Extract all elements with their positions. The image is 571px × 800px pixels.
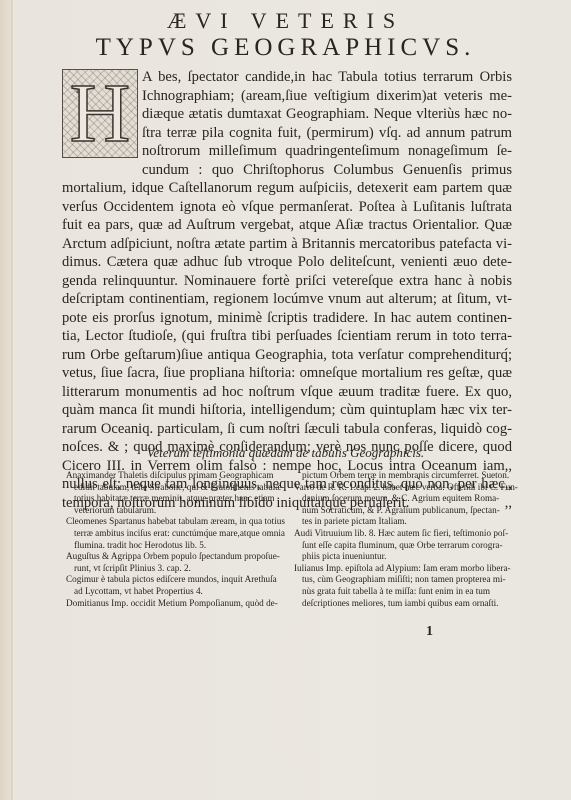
body-line: tia, Lector ſtudioſe, (qui fruſtra tibi … [62, 327, 512, 346]
testimonia-right-column: pictum Orbem terræ in membranis circumfe… [294, 470, 520, 609]
body-line: fuit ea pars, quæ ad Auſtrum vergebat, a… [62, 216, 512, 235]
body-line: ſtra terræ pila cognita fuit, (permirum)… [62, 124, 512, 143]
testimonia-left-column: Anaximander Thaletis diſcipulus primam G… [66, 470, 288, 609]
body-line: vetus, ſiue ſacra, ſiue propliana hiſtor… [62, 364, 512, 383]
body-line: A bes, ſpectator candide,in hac Tabula t… [62, 68, 512, 87]
entry-line: Domitianus Imp. occidit Metium Pompoſian… [66, 598, 288, 610]
body-line: litterarum monumentis ad hoc noſtrum vſq… [62, 383, 512, 402]
testimonium-entry: Auguſtus & Agrippa Orbem populo ſpectand… [66, 551, 288, 574]
testimonium-entry: Anaximander Thaletis diſcipulus primam G… [66, 470, 288, 516]
entry-line: totius habitatæ terræ meminit, atque præ… [66, 493, 288, 505]
body-line: dimus. Cætera quæ adhuc ſub vtroque Polo… [62, 253, 512, 272]
entry-line: danium ſocerum meum, & C. Agrium equitem… [294, 493, 520, 505]
entry-line: runt, vt ſcripſit Plinius 3. cap. 2. [66, 563, 288, 575]
entry-line: phiis picta inueniuntur. [294, 551, 520, 563]
body-line: deſcriptam continentiam, regionem locúmv… [62, 290, 512, 309]
entry-line: Anaximander Thaletis diſcipulus primam G… [66, 470, 288, 482]
testimonium-entry: Iulianus Imp. epiſtola ad Alypium: Iam e… [294, 563, 520, 609]
page-title-line-2: TYPVS GEOGRAPHICVS. [0, 34, 571, 62]
entry-line: ad Lycottam, vt habet Propertius 4. [66, 586, 288, 598]
body-line: genda relinquuntur. Nominauere fortè pri… [62, 272, 512, 291]
testimonium-entry: Varro de R. R. 1.cap. 2. habet hæc verba… [294, 482, 520, 528]
entry-line: Audi Vitruuium lib. 8. Hæc autem ſic fie… [294, 528, 520, 540]
body-line: Ichnographiam; (aream,ſiue veſtigium dix… [62, 87, 512, 106]
entry-line: Cogimur è tabula pictos ediſcere mundos,… [66, 574, 288, 586]
body-line: rum Orbe geſtarum)ſiue antiqua Geographi… [62, 346, 512, 365]
body-line: cundum : quo Chriſtophorus Columbus Genu… [62, 161, 512, 180]
entry-line: terræ ambitus inciſus erat: cunctúmq́ue … [66, 528, 288, 540]
entry-line: flumina. tradit hoc Herodotus lib. 5. [66, 540, 288, 552]
entry-line: Cleomenes Spartanus habebat tabulam ærea… [66, 516, 288, 528]
body-line: mortalium, idque Caſtellanorum regum auſ… [62, 179, 512, 198]
testimonium-entry: Domitianus Imp. occidit Metium Pompoſian… [66, 598, 288, 610]
entry-line: veteriorum tabularum. [66, 505, 288, 517]
testimonia-heading: Veterum teſtimonia quædam de tabulis Geo… [0, 445, 571, 461]
entry-line: deſcriptiones meliores, tum iambi quibus… [294, 598, 520, 610]
testimonium-entry: Audi Vitruuium lib. 8. Hæc autem ſic fie… [294, 528, 520, 563]
body-line: rarum Oceaniq. particulam, ſi cum noſtri… [62, 420, 512, 439]
entry-line: tus, cùm Geographiam miſiſti; non tamen … [294, 574, 520, 586]
entry-line: num Socraticum, & P. Agraſium publicanum… [294, 505, 520, 517]
testimonium-entry: pictum Orbem terræ in membranis circumfe… [294, 470, 520, 482]
body-line: Arctum adſpiciunt, noſtra ætate partim à… [62, 235, 512, 254]
entry-line: nùs grata fuit tabella à te miſſa: ſunt … [294, 586, 520, 598]
entry-line: pictum Orbem terræ in membranis circumfe… [294, 470, 520, 482]
body-line: noſtrorum milleſimum quadringenteſimum n… [62, 142, 512, 161]
page-fold-crease [11, 0, 13, 800]
testimonium-entry: Cogimur è tabula pictos ediſcere mundos,… [66, 574, 288, 597]
page-number: 1 [426, 624, 433, 640]
entry-line: Iulianus Imp. epiſtola ad Alypium: Iam e… [294, 563, 520, 575]
entry-line: ſunt eſſe capita fluminum, quæ Orbe terr… [294, 540, 520, 552]
entry-line: Varro de R. R. 1.cap. 2. habet hæc verba… [294, 482, 520, 494]
body-line: diæque ætatis dumtaxat Geographiam. Nequ… [62, 105, 512, 124]
page-title-line-1: ÆVI VETERIS [0, 8, 571, 34]
testimonium-entry: Cleomenes Spartanus habebat tabulam ærea… [66, 516, 288, 551]
document-page: ÆVI VETERIS TYPVS GEOGRAPHICVS. H A bes,… [0, 0, 571, 800]
entry-line: Auguſtus & Agrippa Orbem populo ſpectand… [66, 551, 288, 563]
entry-line: edidit tabulam, teſte Strabone, qui & Er… [66, 482, 288, 494]
entry-line: tes in pariete pictam Italiam. [294, 516, 520, 528]
body-line: quàm manca ſit mundi hiſtoria, intellige… [62, 401, 512, 420]
body-line: verſus Occidentem ignota eò vſque perman… [62, 198, 512, 217]
body-line: pote eis prorſus ignotum, minimè ſcripti… [62, 309, 512, 328]
